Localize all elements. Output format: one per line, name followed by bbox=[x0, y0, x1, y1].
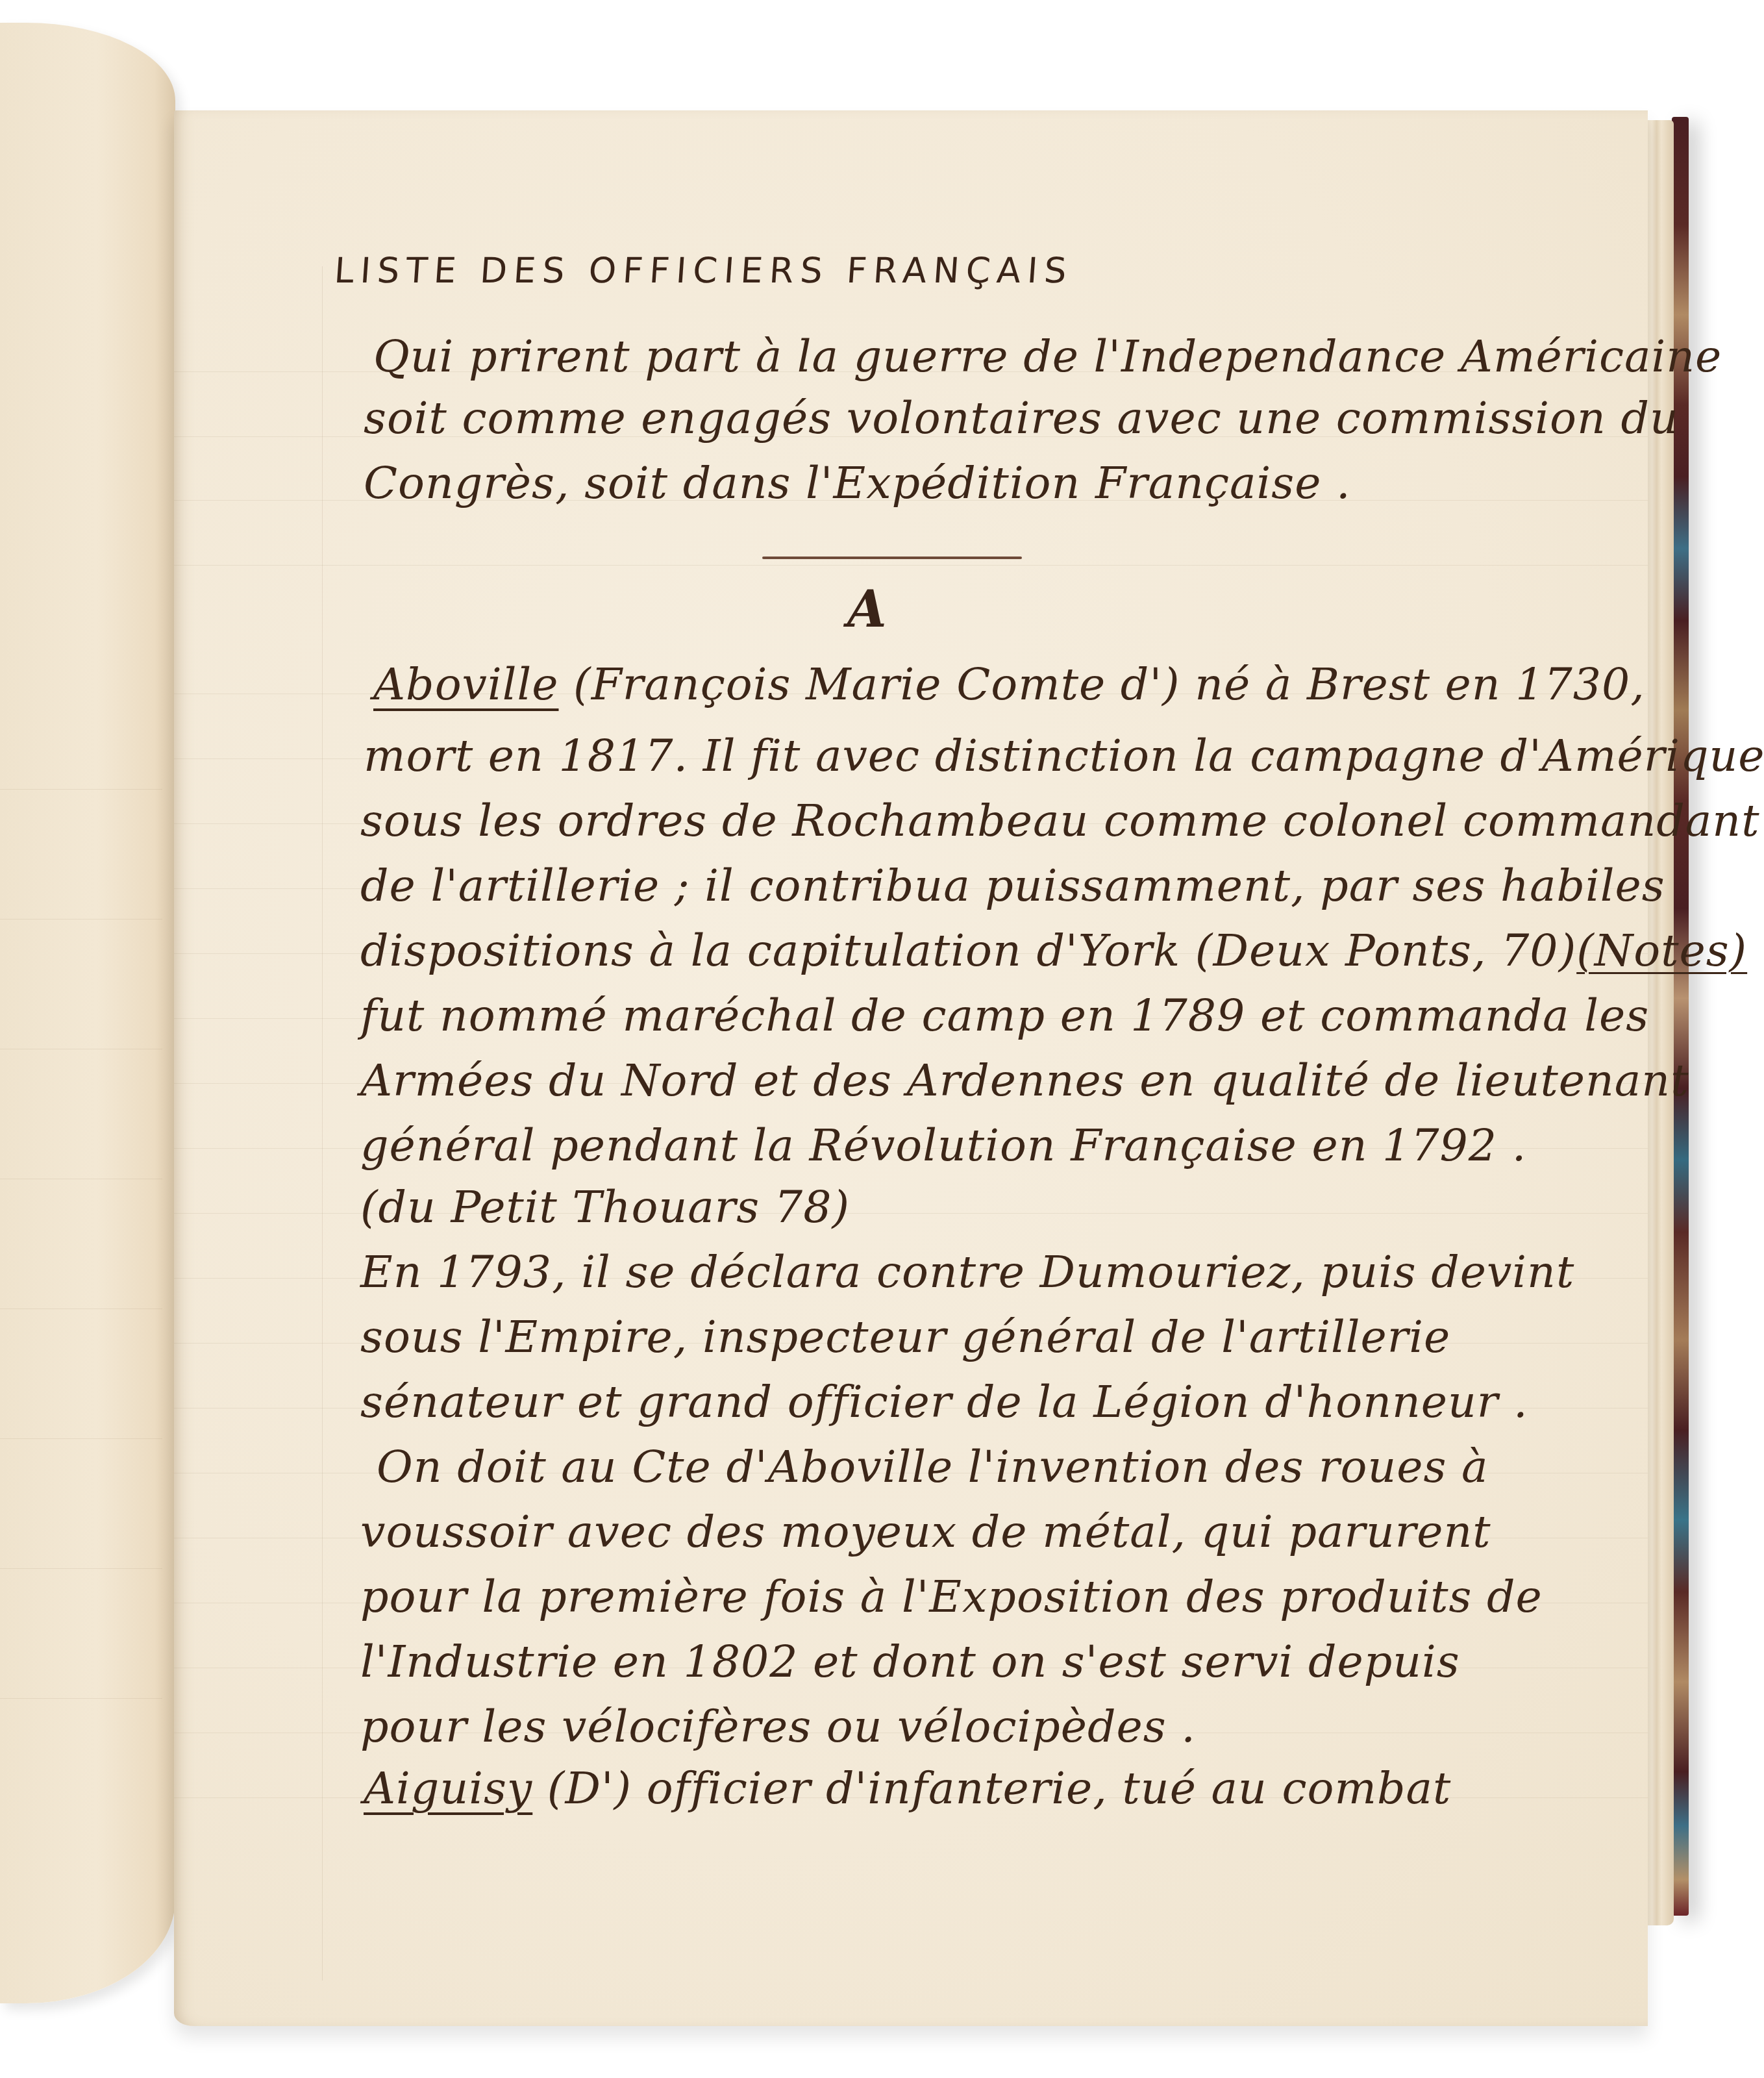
ruling-line bbox=[0, 1568, 162, 1569]
entry-text-line: pour la première fois à l'Exposition des… bbox=[360, 1571, 1543, 1623]
entry-text: (François Marie Comte d') né à Brest en … bbox=[558, 659, 1645, 710]
ruling-line bbox=[0, 919, 162, 920]
subtitle-line: Qui prirent part à la guerre de l'Indepe… bbox=[373, 331, 1722, 382]
entry-text: (D') officier d'infanterie, tué au comba… bbox=[532, 1763, 1451, 1814]
entry-text-line: de l'artillerie ; il contribua puissamme… bbox=[360, 860, 1665, 912]
ruling-line bbox=[0, 1438, 162, 1439]
ruling-line bbox=[0, 1308, 162, 1309]
entry-aboville-first-line: Aboville (François Marie Comte d') né à … bbox=[373, 659, 1645, 710]
entry-text-line: En 1793, il se déclara contre Dumouriez,… bbox=[360, 1247, 1574, 1298]
entry-source-citation: (du Petit Thouars 78) bbox=[360, 1182, 850, 1233]
notes-reference: (Notes) bbox=[1576, 925, 1747, 977]
entry-name-aboville: Aboville bbox=[373, 659, 558, 710]
subtitle-line: Congrès, soit dans l'Expédition Français… bbox=[364, 458, 1351, 509]
entry-text-line: général pendant la Révolution Française … bbox=[360, 1120, 1526, 1171]
ruling-line bbox=[0, 1698, 162, 1699]
entry-text-line: pour les vélocifères ou vélocipèdes . bbox=[360, 1701, 1196, 1753]
entry-text-line: fut nommé maréchal de camp en 1789 et co… bbox=[360, 990, 1649, 1042]
entry-text-line: sous l'Empire, inspecteur général de l'a… bbox=[360, 1312, 1450, 1363]
entry-text-line: sénateur et grand officier de la Légion … bbox=[360, 1377, 1528, 1428]
ruling-line bbox=[0, 1049, 162, 1049]
page-title: LISTE DES OFFICIERS FRANÇAIS bbox=[333, 250, 1075, 291]
section-letter: A bbox=[847, 580, 887, 639]
entry-text-line: On doit au Cte d'Aboville l'invention de… bbox=[377, 1442, 1488, 1493]
entry-text-line: Armées du Nord et des Ardennes en qualit… bbox=[360, 1055, 1689, 1107]
entry-text-line: sous les ordres de Rochambeau comme colo… bbox=[360, 795, 1760, 847]
left-page-curl bbox=[0, 23, 175, 2003]
ruling-line bbox=[174, 565, 1648, 566]
margin-rule bbox=[322, 266, 323, 1981]
entry-name-aiguisy: Aiguisy bbox=[364, 1763, 532, 1814]
ruling-line bbox=[0, 789, 162, 790]
marbled-cover-edge bbox=[1672, 117, 1689, 1916]
entry-text: dispositions à la capitulation d'York (D… bbox=[360, 925, 1576, 977]
entry-text-line: voussoir avec des moyeux de métal, qui p… bbox=[360, 1507, 1491, 1558]
section-divider bbox=[762, 557, 1022, 559]
subtitle-line: soit comme engagés volontaires avec une … bbox=[364, 393, 1679, 444]
entry-text-line: mort en 1817. Il fit avec distinction la… bbox=[364, 731, 1764, 782]
entry-text-line: l'Industrie en 1802 et dont on s'est ser… bbox=[360, 1636, 1460, 1688]
entry-aiguisy-first-line: Aiguisy (D') officier d'infanterie, tué … bbox=[364, 1763, 1451, 1814]
entry-text-line-with-notes: dispositions à la capitulation d'York (D… bbox=[360, 925, 1747, 977]
ruling-line bbox=[0, 1179, 162, 1179]
